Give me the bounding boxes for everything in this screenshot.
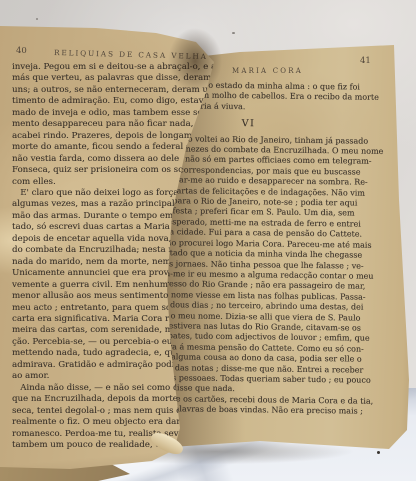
book-photo-scene: 41 MARIA CORA accôrdo com o estado da mi… (0, 0, 416, 481)
text-line: mado de inveja e odio, mas tambem esse s… (12, 108, 217, 119)
speck (232, 32, 235, 34)
speck (377, 451, 380, 454)
right-page-number: 41 (360, 56, 371, 66)
text-line: mento desappareceu para não ficar nada, … (12, 119, 217, 130)
text-line: acabei rindo. Prazeres, depois de longam… (12, 131, 217, 142)
right-running-header: MARIA CORA (232, 67, 303, 75)
speck (36, 18, 38, 20)
right-body-lines: Quando voltei ao Rio de Janeiro, tinham … (150, 134, 405, 418)
left-page-number: 40 (16, 46, 27, 56)
text-line: timento de admiração. Eu, como digo, est… (12, 96, 217, 107)
gutter-shadow-top (168, 28, 222, 94)
